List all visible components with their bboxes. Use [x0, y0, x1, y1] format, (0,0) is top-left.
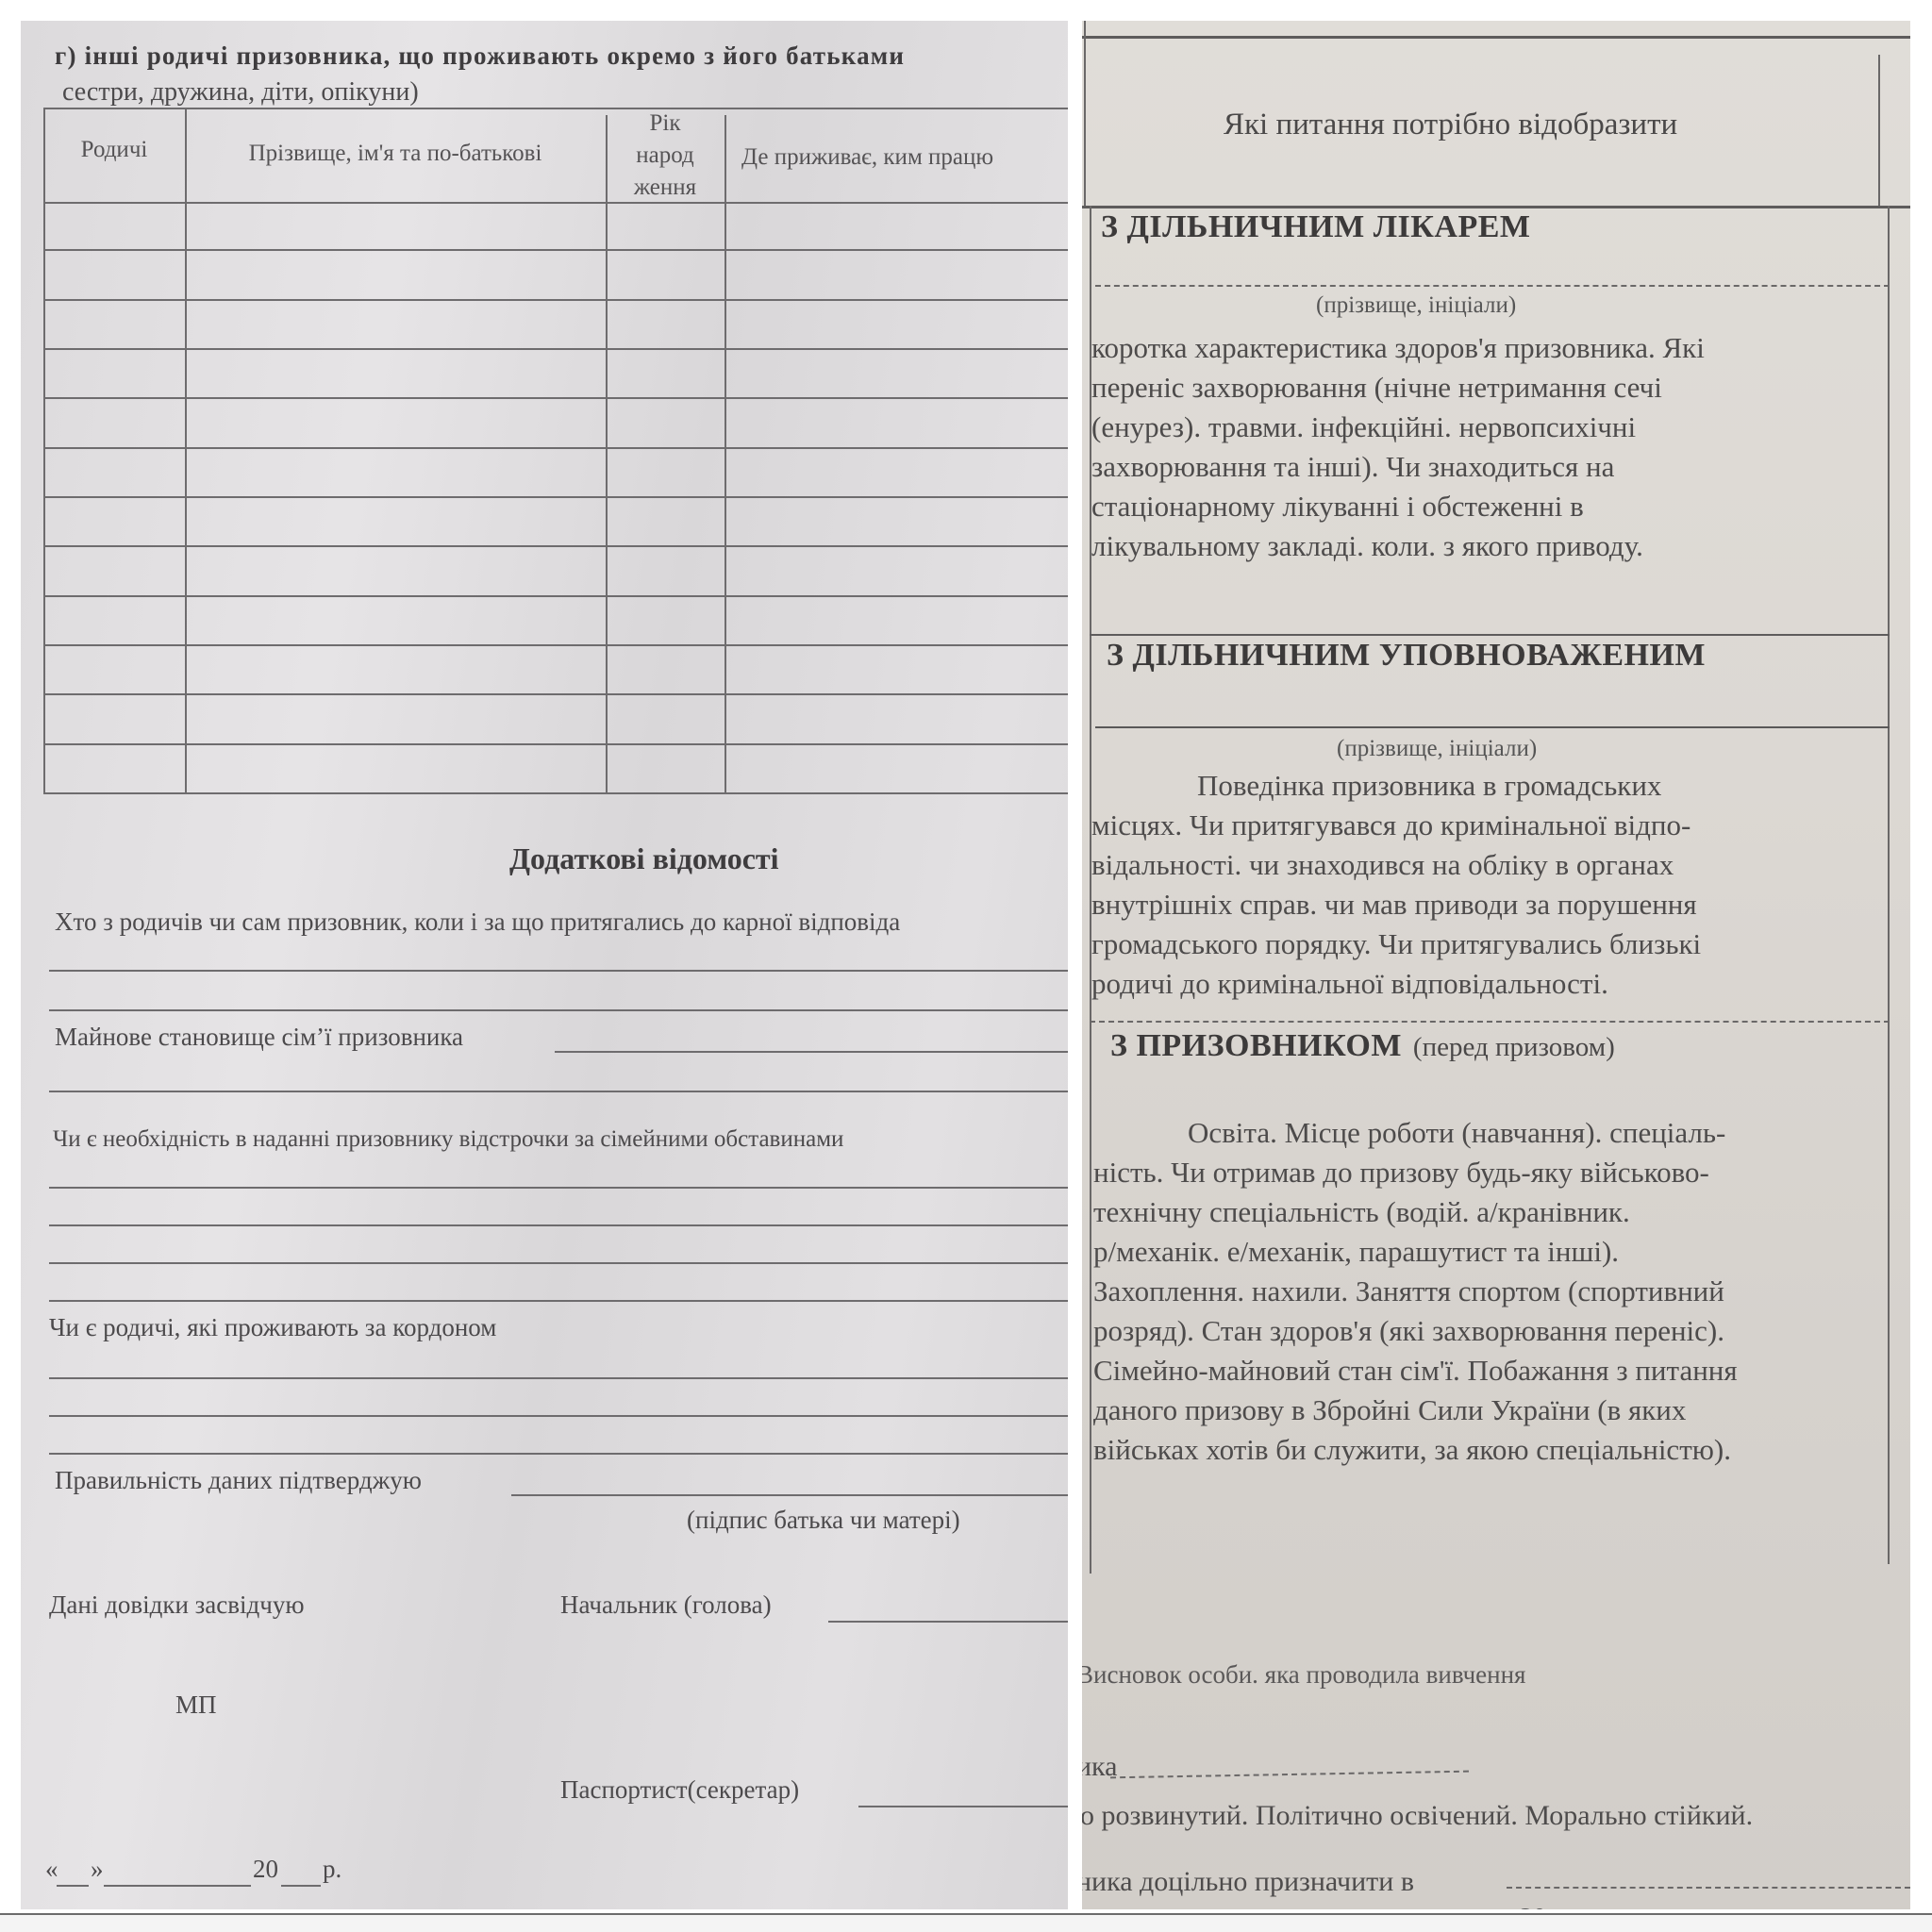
right-page-header: Які питання потрібно відобразити — [1224, 108, 1677, 142]
section-title-suffix: (перед призовом) — [1413, 1032, 1615, 1062]
officer-name-caption: (прізвище, ініціали) — [1337, 736, 1537, 762]
answer-line[interactable] — [49, 1187, 1068, 1189]
body-line: переніс захворювання (нічне нетримання с… — [1091, 368, 1705, 408]
confirm-signature-line[interactable] — [511, 1494, 1068, 1496]
assignment-line[interactable] — [1507, 1887, 1910, 1889]
answer-line[interactable] — [555, 1051, 1068, 1053]
section-body-conscript: Освіта. Місце роботи (навчання). спеціал… — [1093, 1113, 1738, 1470]
table-row[interactable] — [43, 498, 1068, 547]
body-line: Захоплення. нахили. Заняття спортом (спо… — [1093, 1272, 1738, 1311]
table-row[interactable] — [43, 646, 1068, 695]
column-header-birth-year-2: народ — [606, 140, 724, 172]
table-row[interactable] — [43, 202, 1068, 251]
answer-line[interactable] — [49, 1009, 1068, 1011]
answer-line[interactable] — [49, 1453, 1068, 1455]
date-suffix: р. — [323, 1855, 341, 1884]
passport-officer-label: Паспортист(секретар) — [560, 1775, 799, 1805]
relatives-table: Родичі Прізвище, ім'я та по-батькові Рік… — [43, 108, 1068, 796]
date-year-prefix: 20 — [253, 1855, 278, 1884]
bottom-edge — [0, 1913, 1932, 1932]
table-row[interactable] — [43, 399, 1068, 448]
answer-line[interactable] — [49, 1300, 1068, 1302]
section-title-officer: З ДІЛЬНИЧНИМ УПОВНОВАЖЕНИМ — [1107, 638, 1706, 674]
body-line: р/механік. е/механік, парашутист та інші… — [1093, 1232, 1738, 1272]
table-row[interactable] — [43, 350, 1068, 399]
body-line: даного призову в Збройні Сили України (в… — [1093, 1391, 1738, 1430]
officer-name-line[interactable] — [1095, 726, 1890, 728]
additional-info-title: Додаткові відомості — [509, 841, 779, 876]
answer-line[interactable] — [49, 1224, 1068, 1226]
body-line: місцях. Чи притягувався до кримінальної … — [1091, 806, 1701, 845]
column-header-residence: Де приживає, ким працю — [741, 142, 993, 174]
section-title-conscript: З ПРИЗОВНИКОМ — [1110, 1028, 1402, 1063]
answer-line[interactable] — [49, 1377, 1068, 1379]
body-line: (енурез). травми. інфекційні. нервопсихі… — [1091, 408, 1705, 447]
body-line: Освіта. Місце роботи (навчання). спеціал… — [1093, 1113, 1738, 1153]
conclusion-line[interactable] — [1110, 1771, 1469, 1779]
column-header-full-name: Прізвище, ім'я та по-батькові — [185, 138, 606, 170]
date-close-quote: » — [91, 1855, 104, 1884]
table-row[interactable] — [43, 301, 1068, 350]
stamp-label: МП — [175, 1690, 217, 1720]
question-deferment: Чи є необхідність в наданні призовнику в… — [53, 1126, 843, 1153]
table-row[interactable] — [43, 547, 1068, 596]
body-line: захворювання та інші). Чи знаходиться на — [1091, 447, 1705, 487]
right-page: Які питання потрібно відобразити З ДІЛЬН… — [1082, 21, 1910, 1909]
conclusion-label: Висновок особи. яка проводила вивчення — [1082, 1660, 1525, 1690]
table-row[interactable] — [43, 695, 1068, 744]
section-title-conscript-wrap: З ПРИЗОВНИКОМ (перед призовом) — [1110, 1028, 1615, 1064]
body-line: коротка характеристика здоров'я призовни… — [1091, 328, 1705, 368]
table-row[interactable] — [43, 745, 1068, 794]
answer-line[interactable] — [49, 1262, 1068, 1264]
head-label: Начальник (голова) — [560, 1591, 772, 1620]
conclusion-date-year: 20 — [1520, 1904, 1546, 1909]
table-row[interactable] — [43, 449, 1068, 498]
left-page: г) інші родичі призовника, що проживають… — [21, 21, 1068, 1909]
date-field[interactable]: « » 20 р. — [45, 1855, 517, 1892]
body-line: стаціонарному лікуванні і обстеженні в — [1091, 487, 1705, 526]
confirm-label: Правильність даних підтверджую — [55, 1466, 422, 1495]
doctor-name-caption: (прізвище, ініціали) — [1316, 292, 1516, 319]
conclusion-assessment: о розвинутий. Політично освічений. Морал… — [1082, 1800, 1753, 1832]
section-title-doctor: З ДІЛЬНИЧНИМ ЛІКАРЕМ — [1101, 209, 1531, 245]
section-body-officer: Поведінка призовника в громадських місця… — [1091, 766, 1701, 1004]
conclusion-assignment: ника доцільно призначити в — [1082, 1866, 1414, 1898]
section-body-doctor: коротка характеристика здоров'я призовни… — [1091, 328, 1705, 566]
question-abroad: Чи є родичі, які проживають за кордоном — [49, 1313, 496, 1342]
question-property: Майнове становище сім’ї призовника — [55, 1023, 463, 1052]
answer-line[interactable] — [49, 970, 1068, 972]
answer-line[interactable] — [49, 1415, 1068, 1417]
body-line: внутрішніх справ. чи мав приводи за пору… — [1091, 885, 1701, 924]
confirm-caption: (підпис батька чи матері) — [687, 1506, 960, 1535]
body-line: громадського порядку. Чи притягувались б… — [1091, 924, 1701, 964]
doctor-name-line[interactable] — [1095, 285, 1890, 287]
section-heading: г) інші родичі призовника, що проживають… — [55, 42, 905, 71]
answer-line[interactable] — [49, 1091, 1068, 1092]
column-header-relatives: Родичі — [43, 134, 185, 166]
body-line: Поведінка призовника в громадських — [1091, 766, 1701, 806]
body-line: відальності. чи знаходився на обліку в о… — [1091, 845, 1701, 885]
body-line: технічну спеціальність (водій. а/кранівн… — [1093, 1192, 1738, 1232]
section-heading-continued: сестри, дружина, діти, опікуни) — [62, 77, 419, 108]
certify-label: Дані довідки засвідчую — [49, 1591, 305, 1620]
body-line: родичі до кримінальної відповідальності. — [1091, 964, 1701, 1004]
column-header-birth-year-1: Рік — [606, 108, 724, 140]
question-criminal: Хто з родичів чи сам призовник, коли і з… — [55, 908, 900, 937]
body-line: військах хотів би служити, за якою спеці… — [1093, 1430, 1738, 1470]
body-line: лікувальному закладі. коли. з якого прив… — [1091, 526, 1705, 566]
head-signature-line[interactable] — [828, 1621, 1068, 1623]
passport-signature-line[interactable] — [858, 1806, 1068, 1807]
table-row[interactable] — [43, 251, 1068, 300]
table-row[interactable] — [43, 597, 1068, 646]
body-line: розряд). Стан здоров'я (які захворювання… — [1093, 1311, 1738, 1351]
date-open-quote: « — [45, 1855, 58, 1884]
body-line: Сімейно-майновий стан сім'ї. Побажання з… — [1093, 1351, 1738, 1391]
column-header-birth-year-3: ження — [606, 172, 724, 204]
body-line: ність. Чи отримав до призову будь-яку ві… — [1093, 1153, 1738, 1192]
